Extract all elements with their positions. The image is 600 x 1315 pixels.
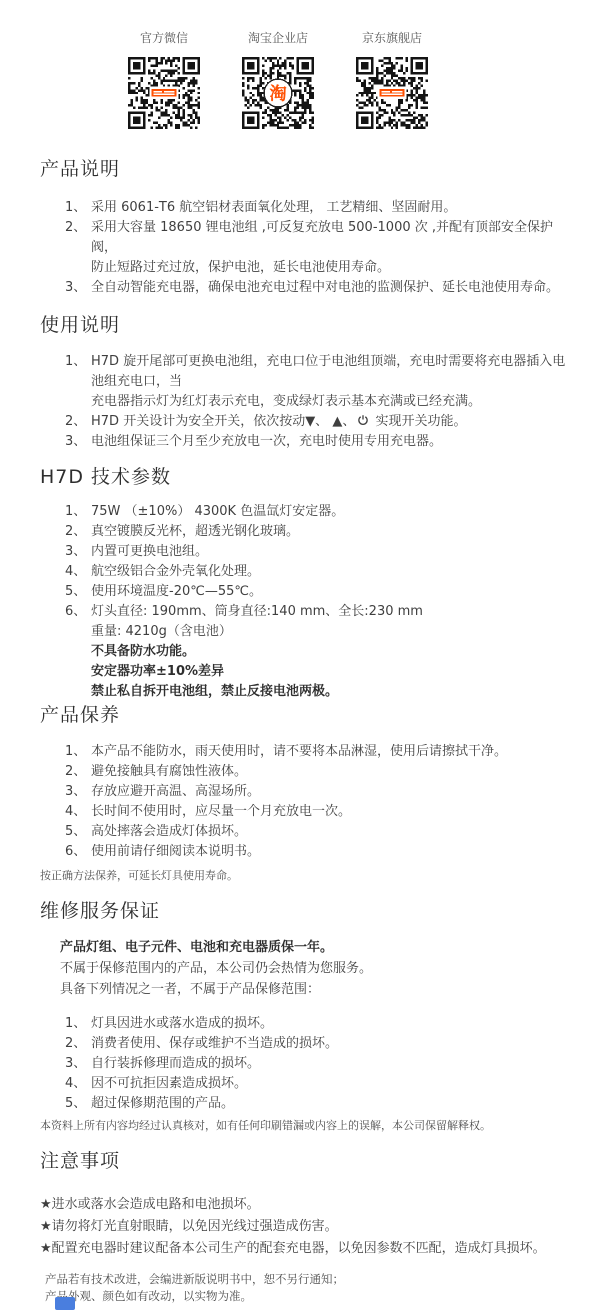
item-line-text: H7D 开关设计为安全开关，依次按动▼、 ▲、 [91, 414, 355, 429]
section-title: 产品保养 [40, 702, 570, 728]
item-line: 存放应避开高温、高湿场所。 [91, 782, 570, 802]
section-title: H7D 技术参数 [40, 464, 570, 490]
item-line: 禁止私自拆开电池组，禁止反接电池两极。 [91, 682, 570, 702]
list-item: 3、电池组保证三个月至少充放电一次，充电时使用专用充电器。 [40, 432, 570, 452]
qr-store-label: 官方微信 [140, 30, 188, 46]
star-line: ★配置充电器时建议配备本公司生产的配套充电器，以免因参数不匹配，造成灯具损坏。 [40, 1238, 570, 1259]
section-title: 注意事项 [40, 1148, 570, 1174]
item-line: 电池组保证三个月至少充放电一次，充电时使用专用充电器。 [91, 432, 570, 452]
blue-marker [55, 1297, 75, 1310]
item-lines: 长时间不使用时，应尽量一个月充放电一次。 [91, 802, 570, 822]
item-list: 1、75W （±10%） 4300K 色温氙灯安定器。2、真空镀膜反光杯，超透光… [40, 502, 570, 702]
item-line: 航空级铝合金外壳氧化处理。 [91, 562, 570, 582]
item-line: 75W （±10%） 4300K 色温氙灯安定器。 [91, 502, 570, 522]
section-title: 维修服务保证 [40, 898, 570, 924]
item-list: 1、H7D 旋开尾部可更换电池组，充电口位于电池组顶端，充电时需要将充电器插入电… [40, 352, 570, 452]
item-number: 2、 [65, 1034, 91, 1054]
item-line: 内置可更换电池组。 [91, 542, 570, 562]
item-list: 1、灯具因进水或落水造成的损坏。2、消费者使用、保存或维护不当造成的损坏。3、自… [40, 1014, 570, 1114]
note-line: 本资料上所有内容均经过认真核对，如有任何印刷错漏或内容上的误解，本公司保留解释权… [40, 1118, 570, 1134]
item-lines: H7D 开关设计为安全开关，依次按动▼、 ▲、 实现开关功能。 [91, 412, 570, 432]
list-item: 6、使用前请仔细阅读本说明书。 [40, 842, 570, 862]
item-number: 2、 [65, 218, 91, 238]
item-lines: 真空镀膜反光杯，超透光钢化玻璃。 [91, 522, 570, 542]
taobao-logo-icon: 淘 [269, 83, 287, 104]
item-number: 5、 [65, 582, 91, 602]
item-number: 2、 [65, 412, 91, 432]
footnote-line: 产品外观、颜色如有改动，以实物为准。 [45, 1288, 570, 1305]
list-item: 4、航空级铝合金外壳氧化处理。 [40, 562, 570, 582]
item-number: 3、 [65, 542, 91, 562]
item-number: 4、 [65, 802, 91, 822]
qr-code [128, 57, 200, 129]
item-line: 充电器指示灯为红灯表示充电，变成绿灯表示基本充满或已经充满。 [91, 392, 570, 412]
qr-store-label: 淘宝企业店 [248, 30, 308, 46]
list-item: 5、超过保修期范围的产品。 [40, 1094, 570, 1114]
list-item: 5、高处摔落会造成灯体损坏。 [40, 822, 570, 842]
item-line-text: 实现开关功能。 [371, 414, 466, 429]
item-number: 3、 [65, 278, 91, 298]
item-line: H7D 旋开尾部可更换电池组，充电口位于电池组顶端，充电时需要将充电器插入电池组… [91, 352, 570, 392]
list-item: 1、采用 6061-T6 航空铝材表面氧化处理， 工艺精细、坚固耐用。 [40, 198, 570, 218]
section-product-description: 产品说明1、采用 6061-T6 航空铝材表面氧化处理， 工艺精细、坚固耐用。2… [40, 156, 570, 298]
item-line: 自行装拆修理而造成的损坏。 [91, 1054, 570, 1074]
footnotes: 产品若有技术改进，会编进新版说明书中，恕不另行通知；产品外观、颜色如有改动，以实… [40, 1271, 570, 1305]
item-list: 1、采用 6061-T6 航空铝材表面氧化处理， 工艺精细、坚固耐用。2、采用大… [40, 198, 570, 298]
item-number: 1、 [65, 198, 91, 218]
item-number: 2、 [65, 522, 91, 542]
item-number: 3、 [65, 1054, 91, 1074]
power-icon [357, 414, 369, 426]
item-line: 防止短路过充过放，保护电池，延长电池使用寿命。 [91, 258, 570, 278]
item-lines: 航空级铝合金外壳氧化处理。 [91, 562, 570, 582]
item-number: 2、 [65, 762, 91, 782]
pre-line: 不属于保修范围内的产品，本公司仍会热情为您服务。 [40, 959, 570, 979]
list-item: 2、避免接触具有腐蚀性液体。 [40, 762, 570, 782]
item-lines: 采用 6061-T6 航空铝材表面氧化处理， 工艺精细、坚固耐用。 [91, 198, 570, 218]
list-item: 4、长时间不使用时，应尽量一个月充放电一次。 [40, 802, 570, 822]
item-line: 重量: 4210g（含电池） [91, 622, 570, 642]
item-line: 长时间不使用时，应尽量一个月充放电一次。 [91, 802, 570, 822]
item-lines: 本产品不能防水，雨天使用时，请不要将本品淋湿，使用后请擦拭干净。 [91, 742, 570, 762]
list-item: 5、使用环境温度-20℃—55℃。 [40, 582, 570, 602]
item-lines: 消费者使用、保存或维护不当造成的损坏。 [91, 1034, 570, 1054]
item-lines: 避免接触具有腐蚀性液体。 [91, 762, 570, 782]
pre-lines: 产品灯组、电子元件、电池和充电器质保一年。不属于保修范围内的产品，本公司仍会热情… [40, 938, 570, 1000]
item-line: 采用大容量 18650 锂电池组 ,可反复充放电 500-1000 次 ,并配有… [91, 218, 570, 258]
item-lines: 灯头直径: 190mm、筒身直径:140 mm、全长:230 mm重量: 421… [91, 602, 570, 702]
item-number: 1、 [65, 742, 91, 762]
item-line: 本产品不能防水，雨天使用时，请不要将本品淋湿，使用后请擦拭干净。 [91, 742, 570, 762]
star-line: ★进水或落水会造成电路和电池损坏。 [40, 1194, 570, 1215]
item-lines: 超过保修期范围的产品。 [91, 1094, 570, 1114]
item-line: 灯具因进水或落水造成的损坏。 [91, 1014, 570, 1034]
item-number: 5、 [65, 1094, 91, 1114]
item-lines: 全自动智能充电器，确保电池充电过程中对电池的监测保护、延长电池使用寿命。 [91, 278, 570, 298]
brand-logo-icon [379, 89, 404, 97]
item-line: 灯头直径: 190mm、筒身直径:140 mm、全长:230 mm [91, 602, 570, 622]
item-number: 5、 [65, 822, 91, 842]
item-number: 6、 [65, 602, 91, 622]
list-item: 4、因不可抗拒因素造成损坏。 [40, 1074, 570, 1094]
item-line: 安定器功率±10%差异 [91, 662, 570, 682]
qr-code [356, 57, 428, 129]
item-lines: 使用环境温度-20℃—55℃。 [91, 582, 570, 602]
section-precautions: 注意事项★进水或落水会造成电路和电池损坏。★请勿将灯光直射眼睛，以免因光线过强造… [40, 1148, 570, 1305]
item-lines: 灯具因进水或落水造成的损坏。 [91, 1014, 570, 1034]
item-line: 高处摔落会造成灯体损坏。 [91, 822, 570, 842]
section-usage-instructions: 使用说明1、H7D 旋开尾部可更换电池组，充电口位于电池组顶端，充电时需要将充电… [40, 312, 570, 452]
item-number: 1、 [65, 1014, 91, 1034]
qr-block: 京东旗舰店 [356, 30, 428, 129]
item-line: 采用 6061-T6 航空铝材表面氧化处理， 工艺精细、坚固耐用。 [91, 198, 570, 218]
item-lines: 使用前请仔细阅读本说明书。 [91, 842, 570, 862]
item-line: 因不可抗拒因素造成损坏。 [91, 1074, 570, 1094]
pre-line: 具备下列情况之一者，不属于产品保修范围： [40, 980, 570, 1000]
item-line: 不具备防水功能。 [91, 642, 570, 662]
item-line: 使用环境温度-20℃—55℃。 [91, 582, 570, 602]
section-title: 使用说明 [40, 312, 570, 338]
item-number: 3、 [65, 782, 91, 802]
list-item: 6、灯头直径: 190mm、筒身直径:140 mm、全长:230 mm重量: 4… [40, 602, 570, 702]
item-lines: 因不可抗拒因素造成损坏。 [91, 1074, 570, 1094]
item-number: 1、 [65, 502, 91, 522]
list-item: 3、存放应避开高温、高湿场所。 [40, 782, 570, 802]
item-lines: H7D 旋开尾部可更换电池组，充电口位于电池组顶端，充电时需要将充电器插入电池组… [91, 352, 570, 412]
footnote-line: 产品若有技术改进，会编进新版说明书中，恕不另行通知； [45, 1271, 570, 1288]
item-number: 1、 [65, 352, 91, 372]
content-sections: 产品说明1、采用 6061-T6 航空铝材表面氧化处理， 工艺精细、坚固耐用。2… [0, 156, 600, 1305]
list-item: 3、内置可更换电池组。 [40, 542, 570, 562]
item-number: 6、 [65, 842, 91, 862]
section-maintenance: 产品保养1、本产品不能防水，雨天使用时，请不要将本品淋湿，使用后请擦拭干净。2、… [40, 702, 570, 884]
item-lines: 采用大容量 18650 锂电池组 ,可反复充放电 500-1000 次 ,并配有… [91, 218, 570, 278]
item-lines: 自行装拆修理而造成的损坏。 [91, 1054, 570, 1074]
item-number: 4、 [65, 1074, 91, 1094]
list-item: 1、本产品不能防水，雨天使用时，请不要将本品淋湿，使用后请擦拭干净。 [40, 742, 570, 762]
item-lines: 内置可更换电池组。 [91, 542, 570, 562]
item-line: 使用前请仔细阅读本说明书。 [91, 842, 570, 862]
list-item: 1、H7D 旋开尾部可更换电池组，充电口位于电池组顶端，充电时需要将充电器插入电… [40, 352, 570, 412]
list-item: 2、消费者使用、保存或维护不当造成的损坏。 [40, 1034, 570, 1054]
item-list: 1、本产品不能防水，雨天使用时，请不要将本品淋湿，使用后请擦拭干净。2、避免接触… [40, 742, 570, 862]
list-item: 2、采用大容量 18650 锂电池组 ,可反复充放电 500-1000 次 ,并… [40, 218, 570, 278]
qr-row: 官方微信淘宝企业店淘京东旗舰店 [128, 30, 600, 129]
item-lines: 电池组保证三个月至少充放电一次，充电时使用专用充电器。 [91, 432, 570, 452]
item-lines: 高处摔落会造成灯体损坏。 [91, 822, 570, 842]
item-lines: 75W （±10%） 4300K 色温氙灯安定器。 [91, 502, 570, 522]
list-item: 1、灯具因进水或落水造成的损坏。 [40, 1014, 570, 1034]
item-number: 4、 [65, 562, 91, 582]
list-item: 1、75W （±10%） 4300K 色温氙灯安定器。 [40, 502, 570, 522]
qr-block: 淘宝企业店淘 [242, 30, 314, 129]
qr-block: 官方微信 [128, 30, 200, 129]
item-line: 消费者使用、保存或维护不当造成的损坏。 [91, 1034, 570, 1054]
list-item: 3、全自动智能充电器，确保电池充电过程中对电池的监测保护、延长电池使用寿命。 [40, 278, 570, 298]
section-title: 产品说明 [40, 156, 570, 182]
item-number: 3、 [65, 432, 91, 452]
brand-logo-icon [151, 89, 176, 97]
item-line: H7D 开关设计为安全开关，依次按动▼、 ▲、 实现开关功能。 [91, 412, 570, 432]
section-warranty: 维修服务保证产品灯组、电子元件、电池和充电器质保一年。不属于保修范围内的产品，本… [40, 898, 570, 1134]
item-line: 避免接触具有腐蚀性液体。 [91, 762, 570, 782]
qr-code: 淘 [242, 57, 314, 129]
section-tech-specs: H7D 技术参数1、75W （±10%） 4300K 色温氙灯安定器。2、真空镀… [40, 464, 570, 702]
list-item: 2、H7D 开关设计为安全开关，依次按动▼、 ▲、 实现开关功能。 [40, 412, 570, 432]
item-lines: 存放应避开高温、高湿场所。 [91, 782, 570, 802]
qr-store-label: 京东旗舰店 [362, 30, 422, 46]
pre-line: 产品灯组、电子元件、电池和充电器质保一年。 [40, 938, 570, 958]
item-line: 真空镀膜反光杯，超透光钢化玻璃。 [91, 522, 570, 542]
list-item: 3、自行装拆修理而造成的损坏。 [40, 1054, 570, 1074]
list-item: 2、真空镀膜反光杯，超透光钢化玻璃。 [40, 522, 570, 542]
item-line: 全自动智能充电器，确保电池充电过程中对电池的监测保护、延长电池使用寿命。 [91, 278, 570, 298]
item-line: 超过保修期范围的产品。 [91, 1094, 570, 1114]
note-line: 按正确方法保养，可延长灯具使用寿命。 [40, 868, 570, 884]
star-lines: ★进水或落水会造成电路和电池损坏。★请勿将灯光直射眼睛，以免因光线过强造成伤害。… [40, 1194, 570, 1259]
star-line: ★请勿将灯光直射眼睛，以免因光线过强造成伤害。 [40, 1216, 570, 1237]
